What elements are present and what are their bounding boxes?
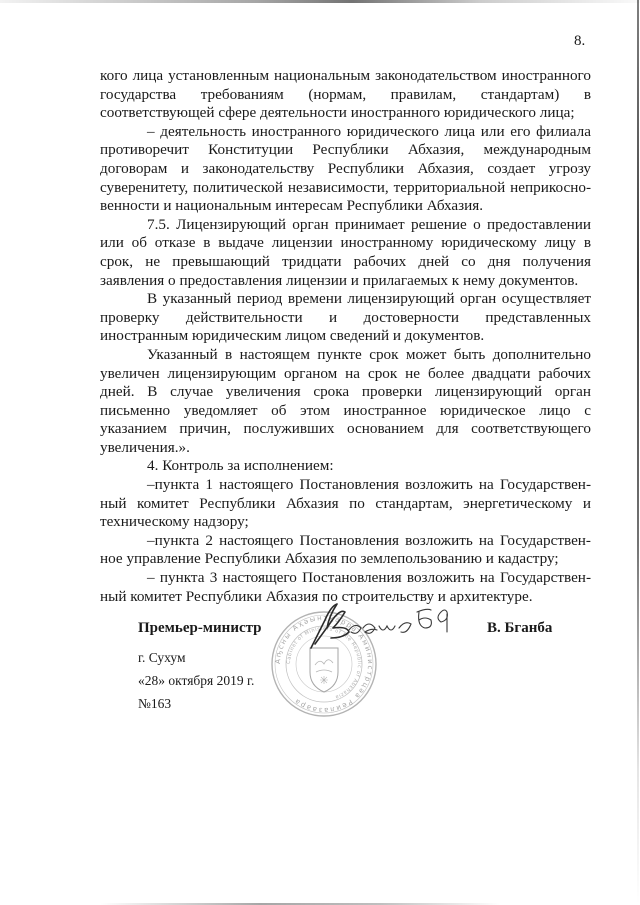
handwritten-signature-icon <box>305 598 465 654</box>
document-number: №163 <box>138 696 171 712</box>
signatory-title: Премьер-министр <box>138 619 262 637</box>
document-date: «28» октября 2019 г. <box>138 673 254 689</box>
signature-block: Премьер-министр Аҧсны Аҳәынҭқарра Аминис… <box>0 0 640 905</box>
document-place: г. Сухум <box>138 650 186 666</box>
signatory-name: В. Бганба <box>487 619 552 637</box>
